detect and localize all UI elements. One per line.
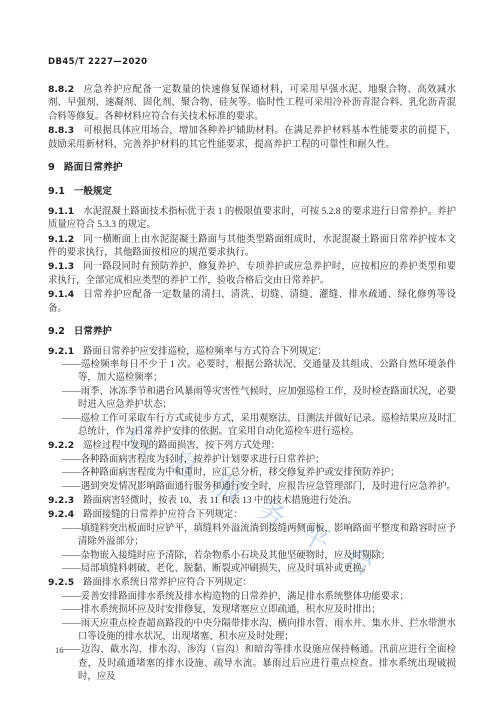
dash-item: ——各种路面病害程度为中和重时，应汇总分析，移交修复养护或安排预防养护； bbox=[48, 467, 456, 480]
section-number: 9.2 bbox=[48, 326, 65, 337]
dash-item: ——各种路面病害程度为轻时，按养护计划要求进行日常养护； bbox=[48, 454, 456, 467]
clause-paragraph: 9.2.2巡检过程中发现的路面损害，按下列方式处理： bbox=[48, 439, 456, 453]
dash-item: ——填缝料突出板面时应铲平，填缝料外溢流淌到接缝两侧面板，影响路面平整度和路容时… bbox=[48, 523, 456, 550]
clause-number: 9.2.4 bbox=[48, 509, 74, 520]
section-title: 路面日常养护 bbox=[64, 162, 123, 173]
clause-paragraph: 9.1.4日常养护应配备一定数量的清扫、清洗、切缝、清缝、灌缝、排水疏通、绿化修… bbox=[48, 288, 456, 316]
dash-item: ——雨季、冰冻季节和遇台风暴雨等灾害性气候时，应加强巡检工作，及时检查路面状况，… bbox=[48, 386, 456, 413]
clause-text: 路面排水系统日常养护应符合下列规定： bbox=[83, 578, 252, 588]
clause-text: 路面病害轻微时，按表 10、表 11 和表 13 中的技术措施进行处治。 bbox=[83, 496, 357, 506]
document-body: 8.8.2应急养护应配备一定数量的快速修复保通材料，可采用早强水泥、地聚合物、高… bbox=[48, 83, 456, 685]
section-title: 日常养护 bbox=[74, 326, 112, 337]
dash-item: ——边沟、截水沟、排水沟、渗沟（盲沟）和暗沟等排水设施应保持畅通。汛前应进行全面… bbox=[48, 644, 456, 684]
clause-text: 日常养护应配备一定数量的清扫、清洗、切缝、清缝、灌缝、排水疏通、绿化修剪等设备。 bbox=[48, 290, 456, 313]
clause-paragraph: 8.8.2应急养护应配备一定数量的快速修复保通材料，可采用早强水泥、地聚合物、高… bbox=[48, 83, 456, 124]
document-page: DB45/T 2227—2020 信息服务平台 8.8.2应急养护应配备一定数量… bbox=[0, 0, 500, 707]
dash-item: ——雨天应重点检查超高路段的中央分隔带排水沟、横向排水管、雨水井、集水井、拦水带… bbox=[48, 618, 456, 645]
dash-item: ——排水系统损坏应及时安排修复，发现堵塞应立即疏通，积水应及时排出； bbox=[48, 604, 456, 617]
page-number: 16 bbox=[55, 645, 64, 655]
clause-number: 9.2.5 bbox=[48, 577, 74, 588]
clause-paragraph: 9.1.3同一路段同时有预防养护、修复养护、专项养护或应急养护时，应按相应的养护… bbox=[48, 260, 456, 288]
clause-number: 8.8.2 bbox=[48, 84, 74, 95]
clause-text: 同一横断面上由水泥混凝土路面与其他类型路面组成时，水泥混凝土路面日常养护按本文件… bbox=[48, 235, 456, 258]
section-heading: 9.1一般规定 bbox=[48, 185, 456, 198]
clause-text: 巡检过程中发现的路面损害，按下列方式处理： bbox=[83, 441, 280, 451]
dash-item: ——妥善安排路面排水系统及排水构造物的日常养护，满足排水系统整体功能要求； bbox=[48, 591, 456, 604]
clause-paragraph: 9.2.5路面排水系统日常养护应符合下列规定： bbox=[48, 576, 456, 590]
clause-paragraph: 9.2.1路面日常养护应安排巡检，巡检频率与方式符合下列规定： bbox=[48, 345, 456, 359]
clause-paragraph: 9.1.2同一横断面上由水泥混凝土路面与其他类型路面组成时，水泥混凝土路面日常养… bbox=[48, 233, 456, 261]
clause-number: 9.1.2 bbox=[48, 234, 74, 245]
section-number: 9 bbox=[48, 162, 55, 173]
clause-paragraph: 9.1.1水泥混凝土路面技术指标优于表 1 的极限值要求时，可按 5.2.8 的… bbox=[48, 205, 456, 233]
clause-text: 路面日常养护应安排巡检，巡检频率与方式符合下列规定： bbox=[83, 347, 327, 357]
dash-item: ——遇到突发情况影响路面通行服务和通行安全时，应报告应急管理部门，及时进行应急养… bbox=[48, 481, 456, 494]
clause-number: 9.2.2 bbox=[48, 440, 74, 451]
section-number: 9.1 bbox=[48, 186, 65, 197]
clause-number: 8.8.3 bbox=[48, 125, 74, 136]
dash-item: ——巡检频率每日不少于 1 次。必要时，根据公路状况、交通量及其组成、公路自然环… bbox=[48, 359, 456, 386]
dash-item: ——巡检工作可采取车行方式或徒步方式，采用观察法、目测法并做好记录。巡检结果应及… bbox=[48, 413, 456, 440]
standard-number: DB45/T 2227—2020 bbox=[48, 57, 147, 67]
dash-item: ——局部填缝料刺破、老化、脱黏、断裂或冲刷损失，应及时填补或更换。 bbox=[48, 563, 456, 576]
section-heading: 9路面日常养护 bbox=[48, 161, 456, 174]
clause-number: 9.2.1 bbox=[48, 346, 74, 357]
clause-text: 应急养护应配备一定数量的快速修复保通材料，可采用早强水泥、地聚合物、高效减水剂、… bbox=[48, 85, 456, 122]
section-title: 一般规定 bbox=[74, 186, 112, 197]
clause-number: 9.1.1 bbox=[48, 206, 74, 217]
clause-paragraph: 9.2.3路面病害轻微时，按表 10、表 11 和表 13 中的技术措施进行处治… bbox=[48, 494, 456, 508]
clause-text: 路面接缝的日常养护应符合下列规定： bbox=[83, 510, 242, 520]
clause-paragraph: 8.8.3可根据具体应用场合，增加各种养护辅助材料。在满足养护材料基本性能要求的… bbox=[48, 124, 456, 152]
clause-number: 9.2.3 bbox=[48, 495, 74, 506]
clause-text: 可根据具体应用场合，增加各种养护辅助材料。在满足养护材料基本性能要求的前提下，鼓… bbox=[48, 126, 456, 149]
clause-number: 9.1.3 bbox=[48, 261, 74, 272]
dash-item: ——杂物嵌入接缝时应予清除，若杂物系小石块及其他坚硬物时，应及时剔除； bbox=[48, 550, 456, 563]
clause-number: 9.1.4 bbox=[48, 289, 74, 300]
clause-text: 水泥混凝土路面技术指标优于表 1 的极限值要求时，可按 5.2.8 的要求进行日… bbox=[48, 207, 456, 230]
clause-paragraph: 9.2.4路面接缝的日常养护应符合下列规定： bbox=[48, 508, 456, 522]
clause-text: 同一路段同时有预防养护、修复养护、专项养护或应急养护时，应按相应的养护类型和要求… bbox=[48, 262, 456, 285]
section-heading: 9.2日常养护 bbox=[48, 325, 456, 338]
